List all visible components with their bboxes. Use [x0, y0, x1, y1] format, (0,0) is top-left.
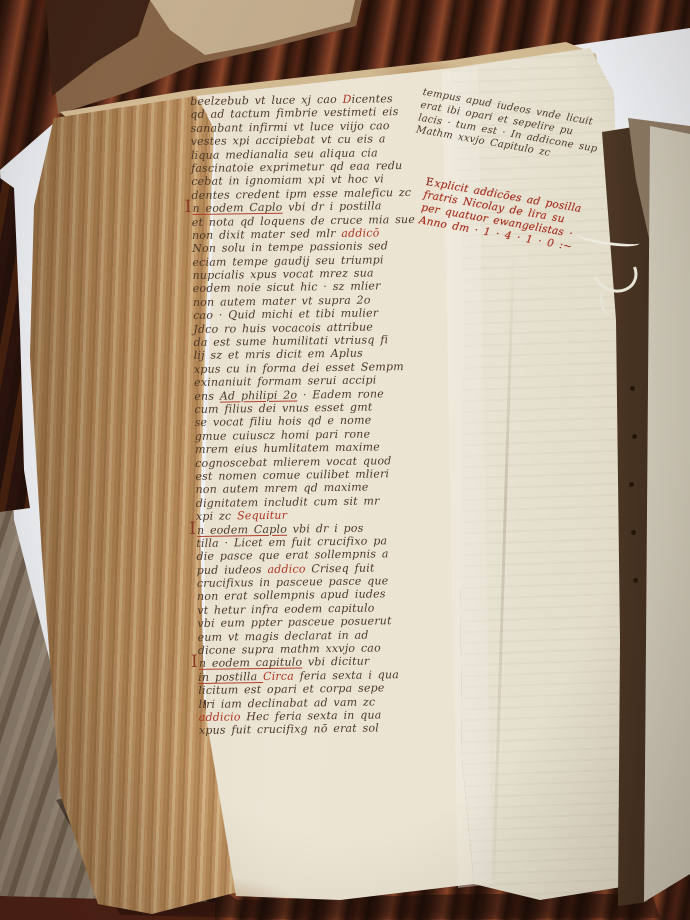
photo-of-manuscript: beelzebub vt luce xj cao Dicentesqd ad t… — [0, 0, 690, 920]
left-page-text-column: beelzebub vt luce xj cao Dicentesqd ad t… — [190, 87, 445, 754]
text-segment: I — [184, 197, 191, 217]
text-segment: I — [191, 652, 198, 672]
text-segment: I — [189, 518, 196, 538]
manuscript-line: xpus fuit crucifixg nō erat sol — [199, 716, 445, 733]
sewing-holes — [630, 386, 635, 391]
text-segment: xpus fuit crucifixg nō erat sol — [199, 722, 379, 738]
